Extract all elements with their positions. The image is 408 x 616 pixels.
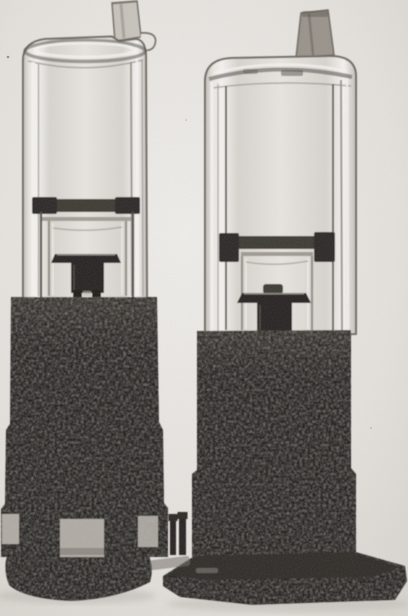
film-grain-overlay: [0, 0, 408, 616]
photo-canvas: [0, 0, 408, 616]
photograph: [0, 0, 408, 616]
